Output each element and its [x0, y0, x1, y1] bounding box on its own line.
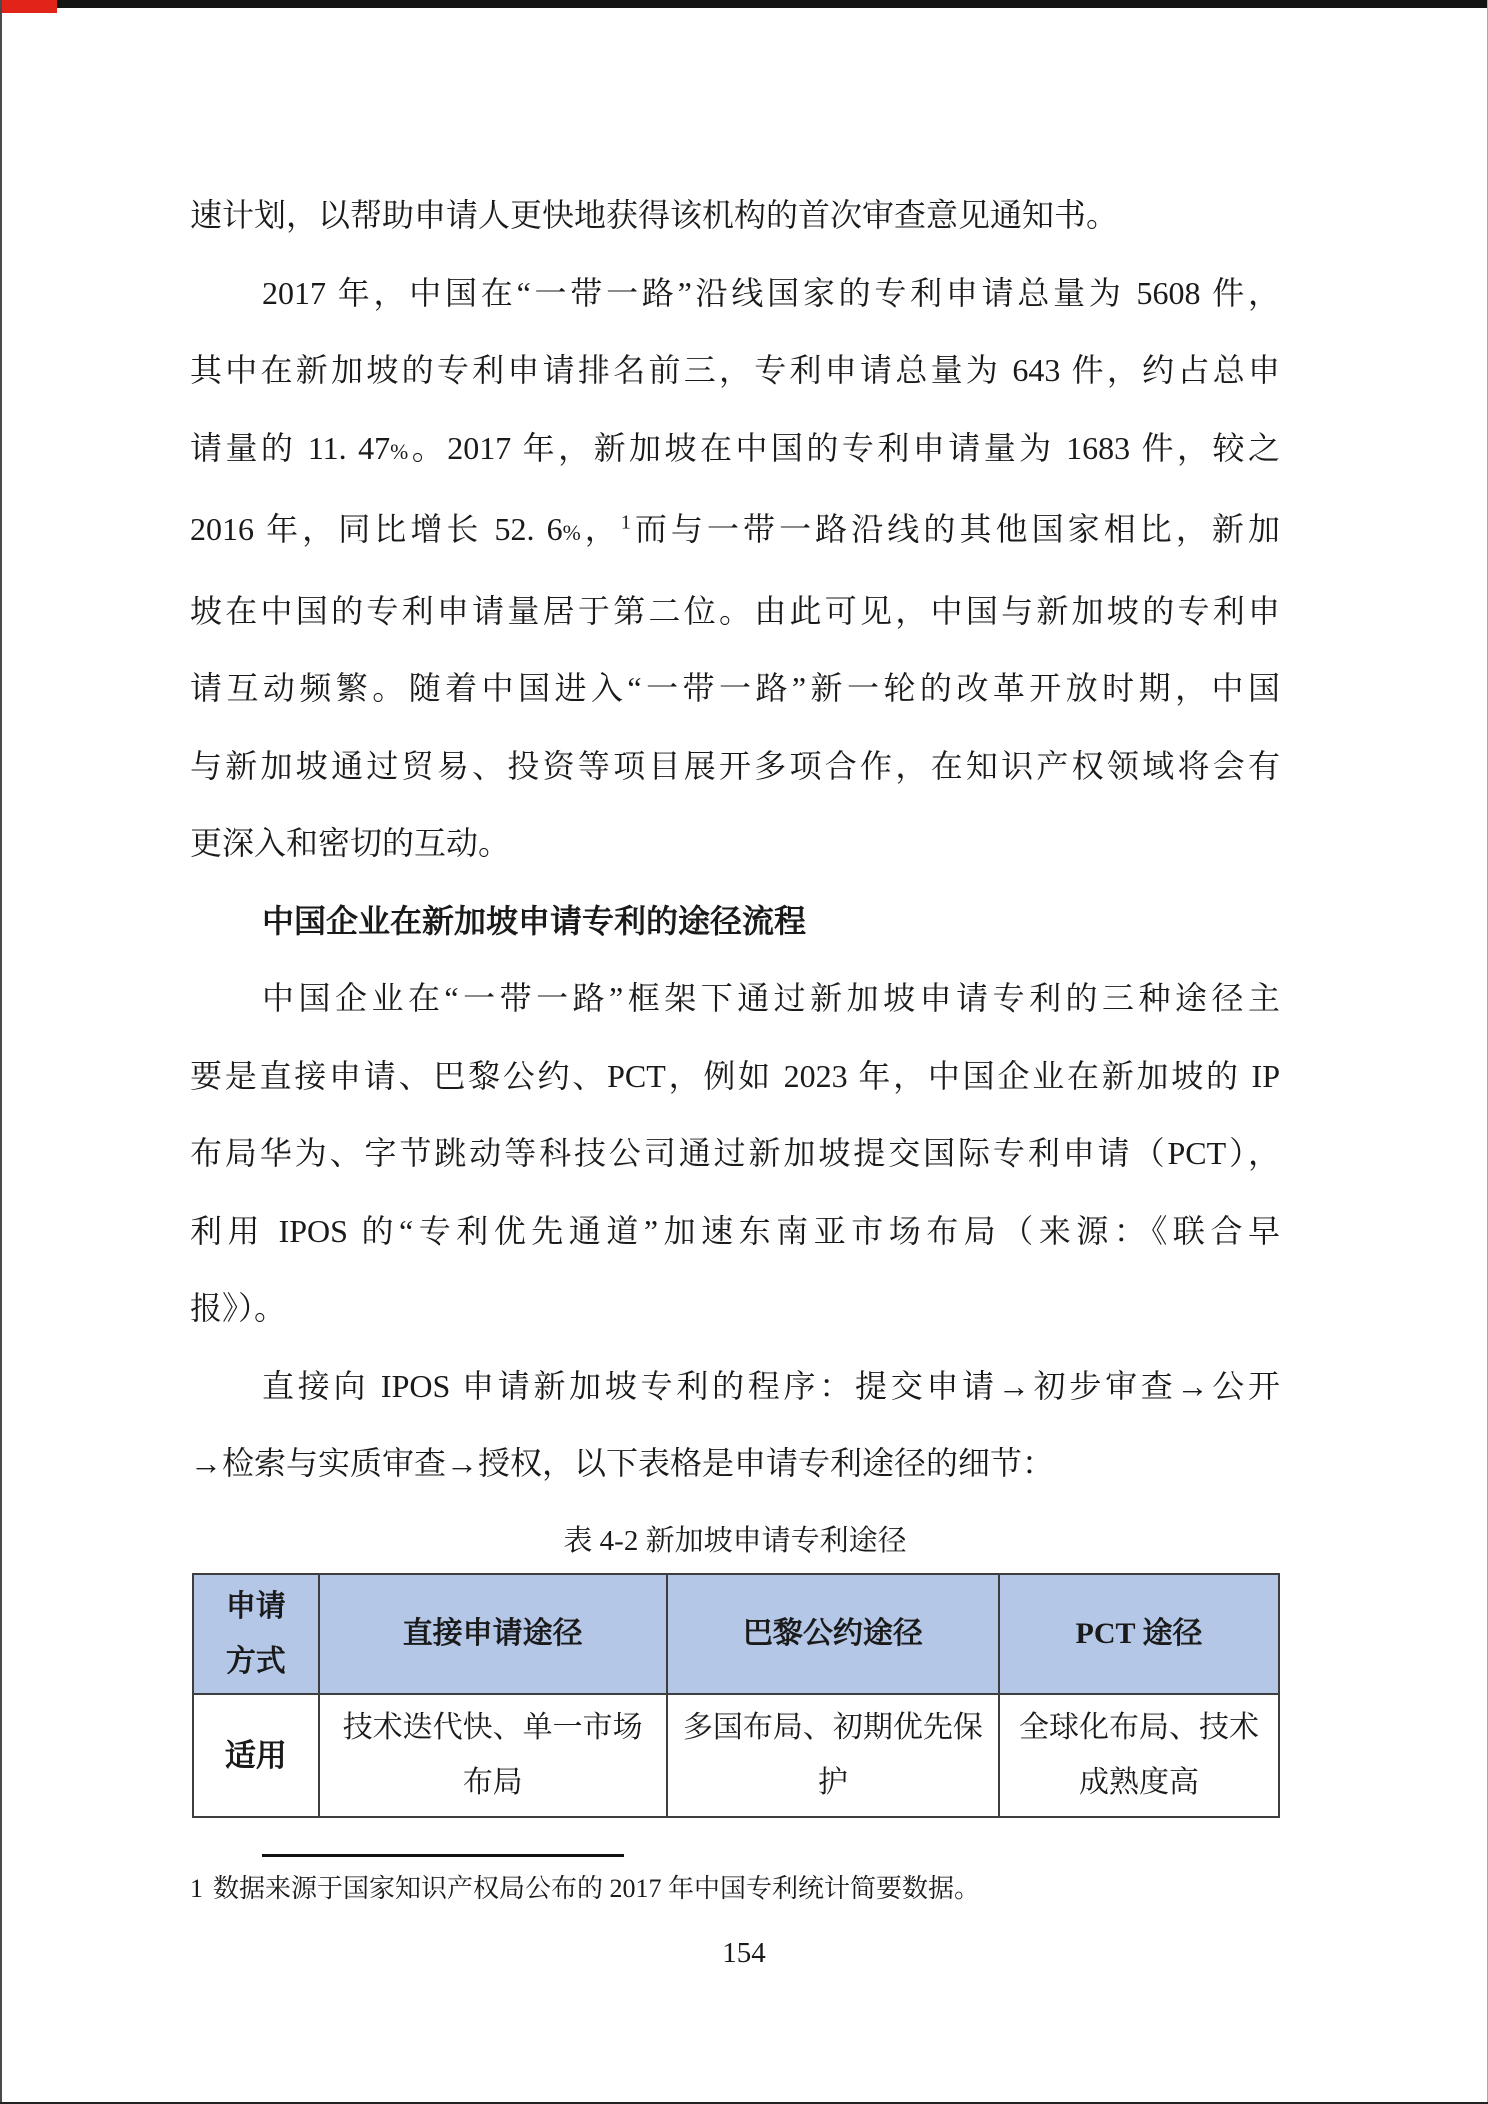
footnote-marker: 1	[190, 1874, 203, 1903]
left-edge-line	[0, 0, 2, 2104]
paragraph-line: 2017 年，中国在“一带一路”沿线国家的专利申请总量为 5608 件，	[190, 255, 1280, 333]
paragraph-line: 中国企业在“一带一路”框架下通过新加坡申请专利的三种途径主	[190, 960, 1280, 1038]
red-corner-mark	[0, 0, 57, 13]
text-run: 2016 年，同比增长 52. 6	[190, 511, 563, 547]
table-caption: 表 4-2 新加坡申请专利途径	[190, 1515, 1280, 1567]
table-cell: 技术迭代快、单一市场布局	[319, 1694, 667, 1817]
text-run: 而与一带一路沿线的其他国家相比，新加	[631, 511, 1280, 547]
paragraph-line: 与新加坡通过贸易、投资等项目展开多项合作，在知识产权领域将会有	[190, 728, 1280, 806]
paragraph-line: 其中在新加坡的专利申请排名前三，专利申请总量为 643 件，约占总申	[190, 332, 1280, 410]
section-heading: 中国企业在新加坡申请专利的途径流程	[190, 883, 1280, 961]
document-page: 速计划，以帮助申请人更快地获得该机构的首次审查意见通知书。 2017 年，中国在…	[0, 0, 1488, 2104]
table-cell: 全球化布局、技术成熟度高	[999, 1694, 1279, 1817]
header-cell-paris-route: 巴黎公约途径	[667, 1574, 999, 1694]
paragraph-line: 报》）。	[190, 1270, 1280, 1348]
header-label: 申请方式	[224, 1579, 287, 1689]
paragraph-line: 请量的 11. 47%。2017 年，新加坡在中国的专利申请量为 1683 件，…	[190, 410, 1280, 492]
table-header-row: 申请方式 直接申请途径 巴黎公约途径 PCT 途径	[193, 1574, 1279, 1694]
text-run: 请量的 11. 47	[190, 430, 390, 466]
table-row: 适用 技术迭代快、单一市场布局 多国布局、初期优先保护 全球化布局、技术成熟度高	[193, 1694, 1279, 1817]
paragraph-line: 利用 IPOS 的“专利优先通道”加速东南亚市场布局（来源：《联合早	[190, 1193, 1280, 1271]
patent-routes-table: 申请方式 直接申请途径 巴黎公约途径 PCT 途径 适用 技术迭代快、单一市场布…	[192, 1573, 1280, 1818]
paragraph-line: 请互动频繁。随着中国进入“一带一路”新一轮的改革开放时期，中国	[190, 650, 1280, 728]
text-run: ，	[581, 511, 621, 547]
paragraph-line: →检索与实质审查→授权，以下表格是申请专利途径的细节：	[190, 1425, 1280, 1503]
header-cell-application-method: 申请方式	[193, 1574, 319, 1694]
text-run: 。2017 年，新加坡在中国的专利申请量为 1683 件，较之	[408, 430, 1280, 466]
row-label-applicable: 适用	[193, 1694, 319, 1817]
percent-sign: %	[563, 521, 581, 545]
footnote-separator	[262, 1854, 624, 1857]
percent-sign: %	[390, 440, 408, 464]
paragraph-line: 坡在中国的专利申请量居于第二位。由此可见，中国与新加坡的专利申	[190, 573, 1280, 651]
top-edge-bar	[0, 0, 1488, 8]
paragraph-line: 布局华为、字节跳动等科技公司通过新加坡提交国际专利申请（PCT），	[190, 1115, 1280, 1193]
paragraph-line: 速计划，以帮助申请人更快地获得该机构的首次审查意见通知书。	[190, 177, 1280, 255]
header-cell-pct-route: PCT 途径	[999, 1574, 1279, 1694]
page-number: 154	[0, 1930, 1488, 1976]
paragraph-line: 直接向 IPOS 申请新加坡专利的程序：提交申请→初步审查→公开	[190, 1348, 1280, 1426]
footnote-reference: 1	[621, 511, 631, 533]
footnote: 1数据来源于国家知识产权局公布的 2017 年中国专利统计简要数据。	[190, 1869, 1290, 1909]
paragraph-line: 2016 年，同比增长 52. 6%，1而与一带一路沿线的其他国家相比，新加	[190, 491, 1280, 573]
body-text: 速计划，以帮助申请人更快地获得该机构的首次审查意见通知书。 2017 年，中国在…	[190, 177, 1280, 1818]
footnote-text: 数据来源于国家知识产权局公布的 2017 年中国专利统计简要数据。	[213, 1874, 980, 1903]
paragraph-line: 更深入和密切的互动。	[190, 805, 1280, 883]
header-cell-direct-route: 直接申请途径	[319, 1574, 667, 1694]
paragraph-line: 要是直接申请、巴黎公约、PCT，例如 2023 年，中国企业在新加坡的 IP	[190, 1038, 1280, 1116]
table-cell: 多国布局、初期优先保护	[667, 1694, 999, 1817]
